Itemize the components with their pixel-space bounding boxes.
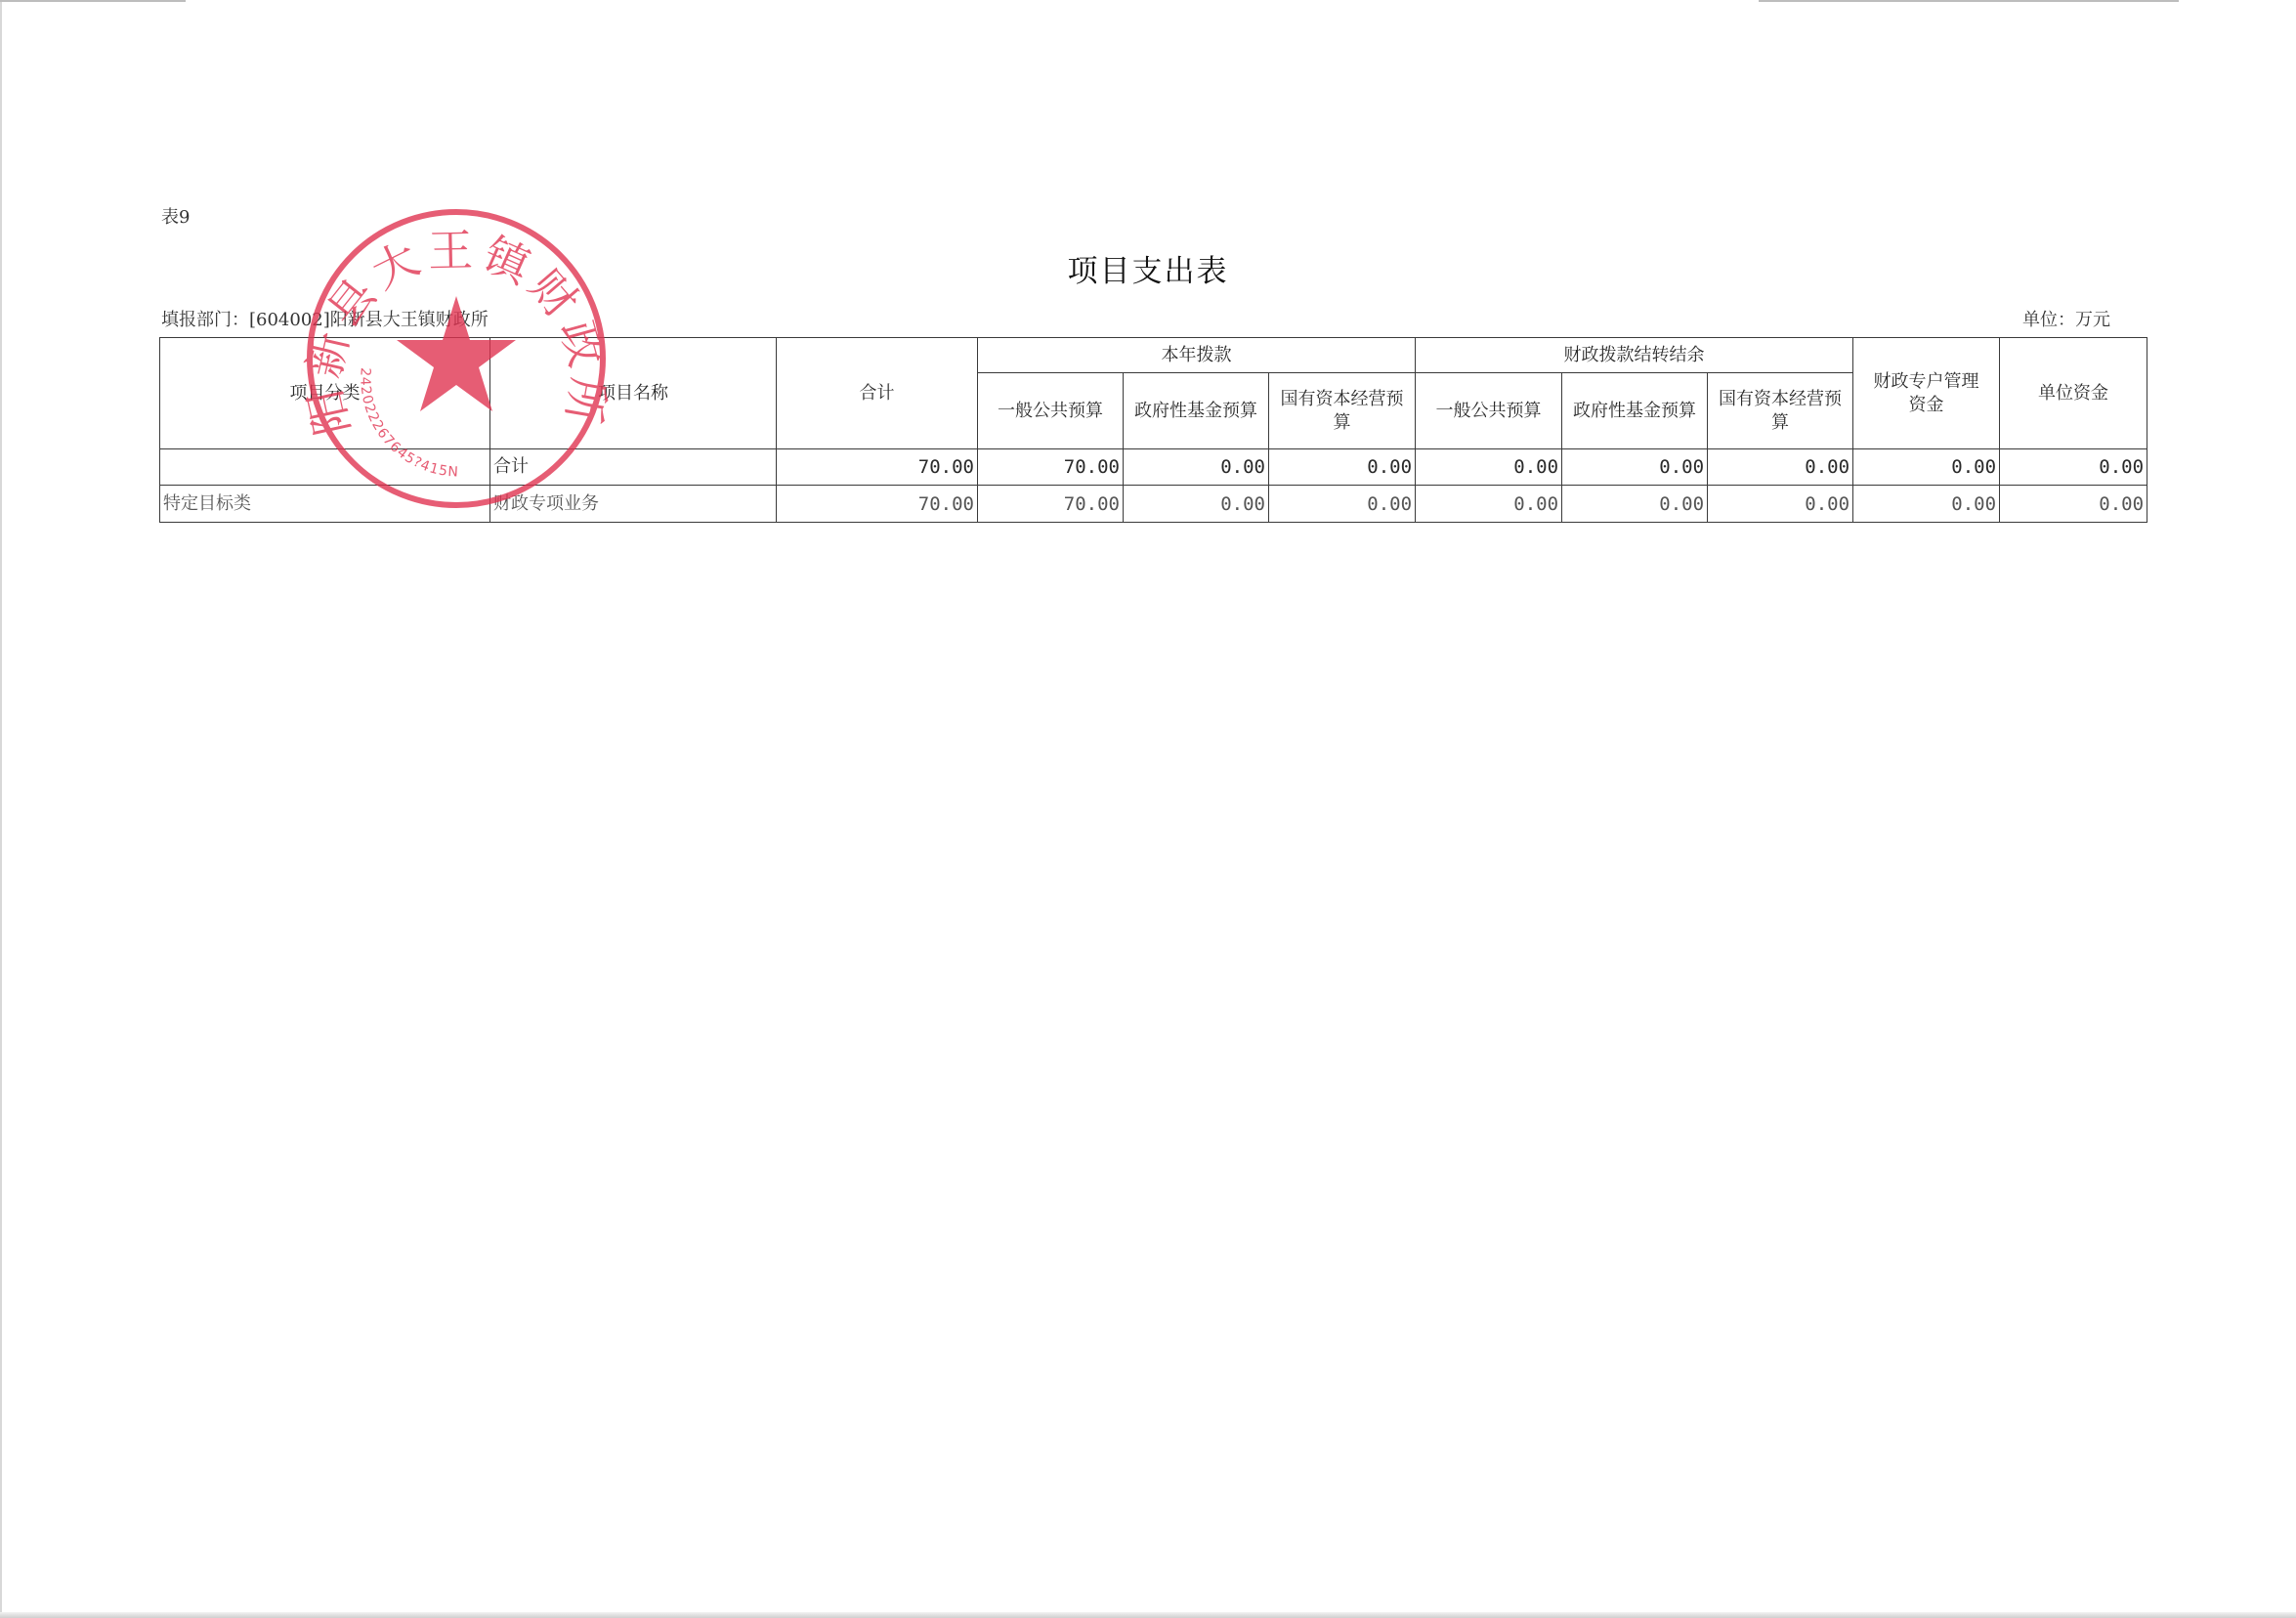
header-current-general: 一般公共预算 <box>978 373 1124 449</box>
cell-current-state-capital: 0.00 <box>1269 449 1416 486</box>
cell-unit-funds: 0.00 <box>2000 486 2147 523</box>
header-carry-state-capital: 国有资本经营预算 <box>1708 373 1853 449</box>
cell-name: 合计 <box>490 449 777 486</box>
cell-current-fund: 0.00 <box>1124 449 1269 486</box>
page-edge <box>0 0 186 2</box>
page-title: 项目支出表 <box>0 246 2296 290</box>
cell-special-account: 0.00 <box>1853 486 2000 523</box>
header-group-current-year: 本年拨款 <box>978 338 1416 373</box>
cell-current-general: 70.00 <box>978 449 1124 486</box>
header-current-state-capital: 国有资本经营预算 <box>1269 373 1416 449</box>
table-row: 特定目标类 财政专项业务 70.00 70.00 0.00 0.00 0.00 … <box>160 486 2147 523</box>
page-edge <box>0 0 2 1618</box>
cell-unit-funds: 0.00 <box>2000 449 2147 486</box>
cell-carry-general: 0.00 <box>1416 449 1562 486</box>
cell-category <box>160 449 490 486</box>
header-name: 项目名称 <box>490 338 777 449</box>
cell-carry-fund: 0.00 <box>1562 449 1708 486</box>
cell-total: 70.00 <box>777 486 978 523</box>
table-number: 表9 <box>161 203 190 229</box>
header-category: 项目分类 <box>160 338 490 449</box>
header-group-carryover: 财政拨款结转结余 <box>1416 338 1853 373</box>
cell-current-state-capital: 0.00 <box>1269 486 1416 523</box>
cell-special-account: 0.00 <box>1853 449 2000 486</box>
cell-current-fund: 0.00 <box>1124 486 1269 523</box>
unit-label: 单位：万元 <box>2022 306 2110 331</box>
cell-carry-state-capital: 0.00 <box>1708 449 1853 486</box>
project-expenditure-table: 项目分类 项目名称 合计 本年拨款 财政拨款结转结余 财政专户管理资金 单位资金… <box>159 337 2147 523</box>
filing-department: 填报部门：[604002]阳新县大王镇财政所 <box>161 306 489 331</box>
cell-name: 财政专项业务 <box>490 486 777 523</box>
cell-current-general: 70.00 <box>978 486 1124 523</box>
cell-total: 70.00 <box>777 449 978 486</box>
header-current-fund: 政府性基金预算 <box>1124 373 1269 449</box>
cell-category: 特定目标类 <box>160 486 490 523</box>
cell-carry-fund: 0.00 <box>1562 486 1708 523</box>
table-row-total: 合计 70.00 70.00 0.00 0.00 0.00 0.00 0.00 … <box>160 449 2147 486</box>
page-edge <box>0 1612 2296 1618</box>
header-total: 合计 <box>777 338 978 449</box>
page-edge <box>1759 0 2179 2</box>
cell-carry-state-capital: 0.00 <box>1708 486 1853 523</box>
cell-carry-general: 0.00 <box>1416 486 1562 523</box>
header-carry-fund: 政府性基金预算 <box>1562 373 1708 449</box>
header-unit-funds: 单位资金 <box>2000 338 2147 449</box>
header-carry-general: 一般公共预算 <box>1416 373 1562 449</box>
header-special-account: 财政专户管理资金 <box>1853 338 2000 449</box>
